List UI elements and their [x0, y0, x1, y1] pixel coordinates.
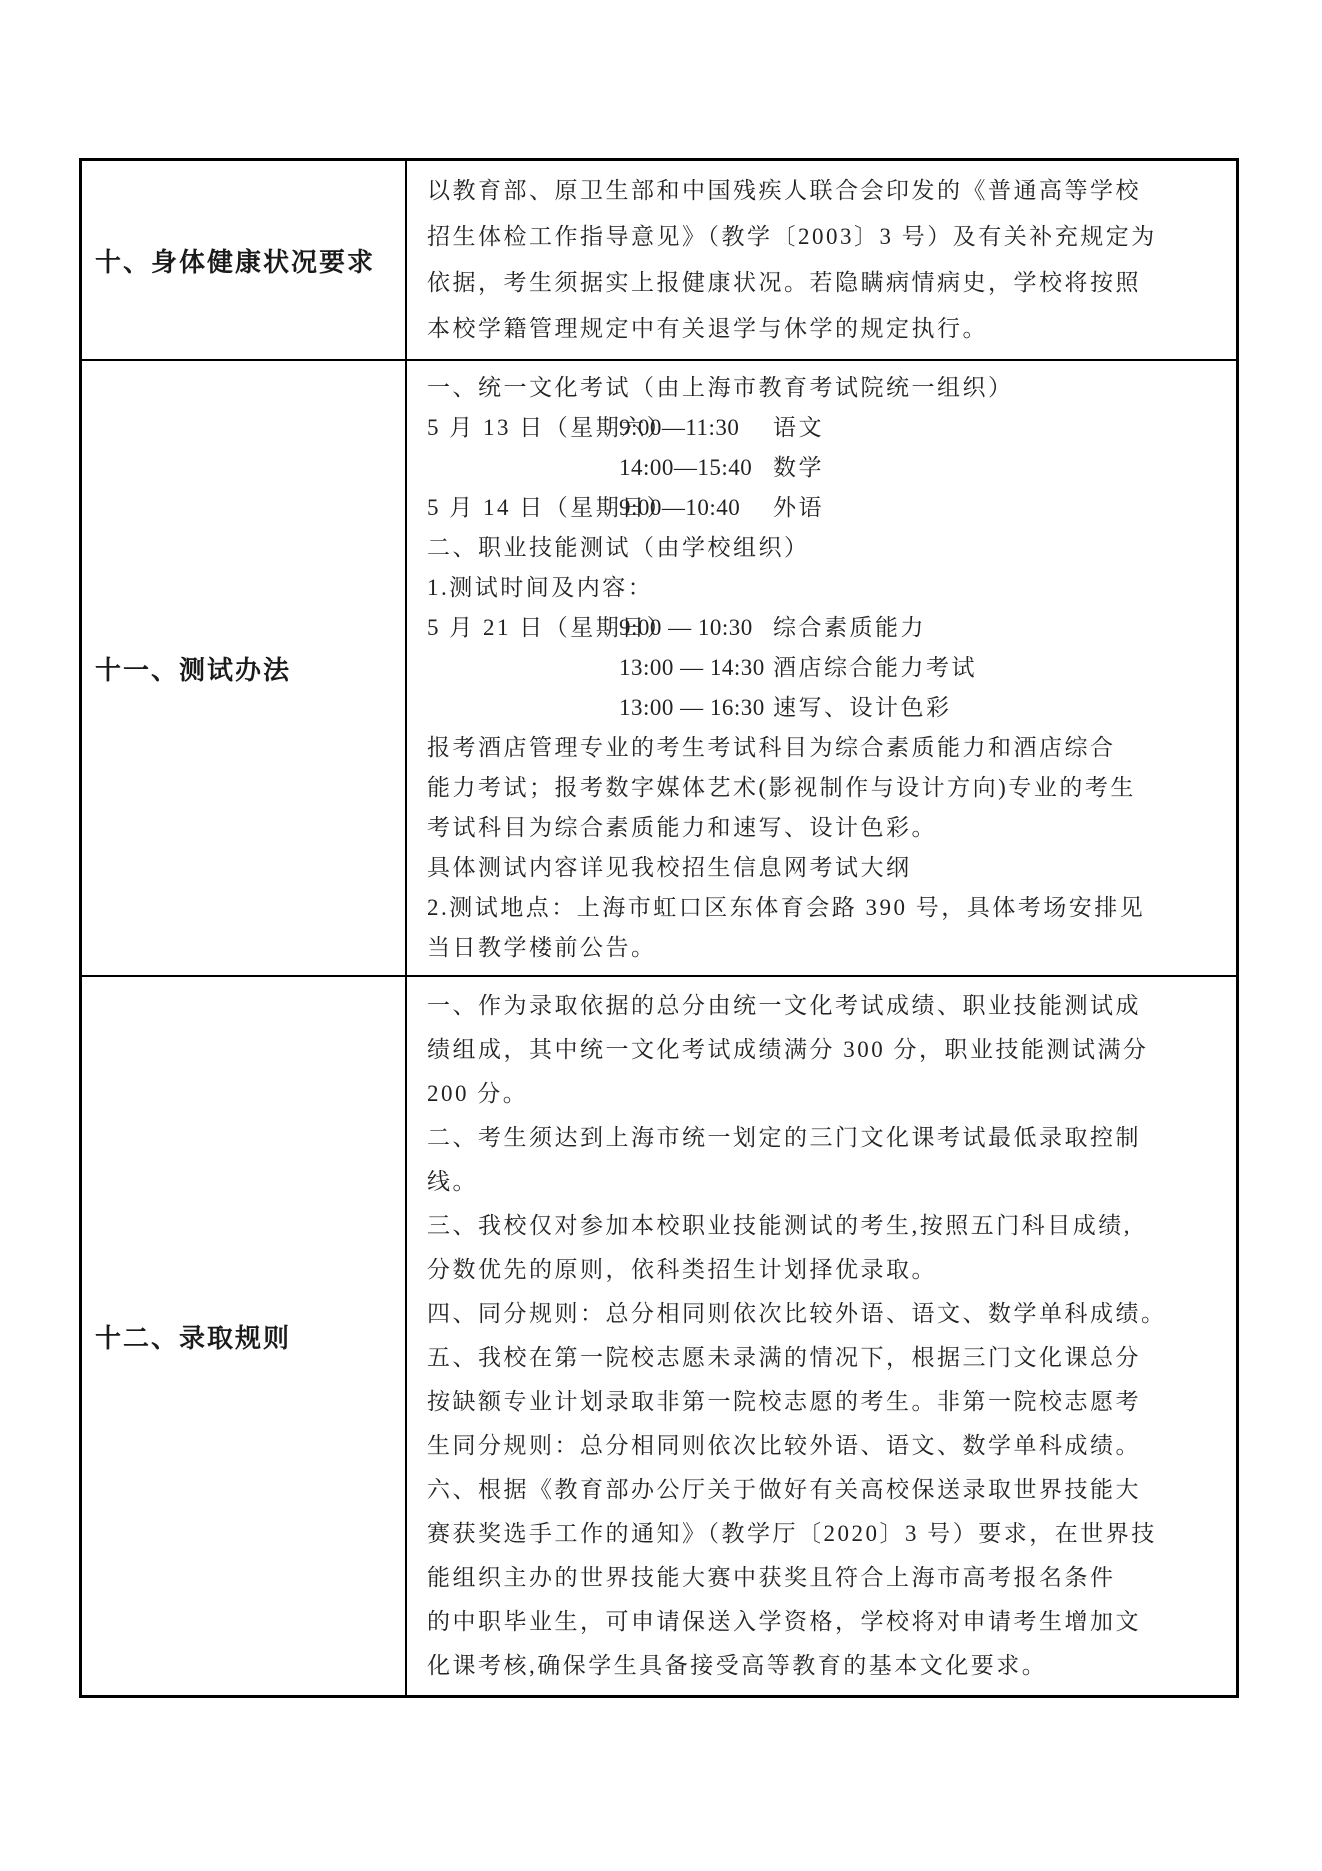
text-line: 二、考生须达到上海市统一划定的三门文化课考试最低录取控制	[427, 1116, 1224, 1160]
schedule-subject: 语文	[745, 408, 1224, 448]
text-line: 一、统一文化考试（由上海市教育考试院统一组织）	[427, 368, 1224, 408]
row-label-cell: 十一、测试办法	[82, 361, 407, 975]
schedule-line: 13:00 — 14:30 酒店综合能力考试	[427, 648, 1224, 688]
schedule-subject: 外语	[745, 488, 1224, 528]
text-line: 本校学籍管理规定中有关退学与休学的规定执行。	[427, 306, 1224, 352]
text-line: 六、根据《教育部办公厅关于做好有关高校保送录取世界技能大	[427, 1468, 1224, 1512]
text-line: 1.测试时间及内容：	[427, 568, 1224, 608]
text-line: 能力考试；报考数字媒体艺术(影视制作与设计方向)专业的考生	[427, 768, 1224, 808]
text-line: 2.测试地点：上海市虹口区东体育会路 390 号，具体考场安排见	[427, 888, 1224, 928]
row-label: 十一、测试办法	[95, 650, 291, 687]
text-line: 200 分。	[427, 1072, 1224, 1116]
row-content-cell: 一、统一文化考试（由上海市教育考试院统一组织） 5 月 13 日（星期六） 9:…	[407, 361, 1236, 975]
row-label-cell: 十二、录取规则	[82, 977, 407, 1695]
text-line: 具体测试内容详见我校招生信息网考试大纲	[427, 848, 1224, 888]
text-line: 线。	[427, 1160, 1224, 1204]
text-line: 三、我校仅对参加本校职业技能测试的考生,按照五门科目成绩,	[427, 1204, 1224, 1248]
schedule-date: 5 月 21 日（星期日）	[427, 608, 619, 648]
schedule-subject: 速写、设计色彩	[745, 688, 1224, 728]
text-line: 五、我校在第一院校志愿未录满的情况下，根据三门文化课总分	[427, 1336, 1224, 1380]
text-line: 赛获奖选手工作的通知》（教学厅〔2020〕3 号）要求，在世界技	[427, 1512, 1224, 1556]
text-line: 四、同分规则：总分相同则依次比较外语、语文、数学单科成绩。	[427, 1292, 1224, 1336]
text-line: 依据，考生须据实上报健康状况。若隐瞒病情病史，学校将按照	[427, 260, 1224, 306]
text-line: 考试科目为综合素质能力和速写、设计色彩。	[427, 808, 1224, 848]
schedule-line: 5 月 21 日（星期日） 9:00 — 10:30 综合素质能力	[427, 608, 1224, 648]
text-line: 生同分规则：总分相同则依次比较外语、语文、数学单科成绩。	[427, 1424, 1224, 1468]
schedule-subject: 综合素质能力	[745, 608, 1224, 648]
table-row: 十、身体健康状况要求 以教育部、原卫生部和中国残疾人联合会印发的《普通高等学校 …	[82, 161, 1236, 361]
admissions-table: 十、身体健康状况要求 以教育部、原卫生部和中国残疾人联合会印发的《普通高等学校 …	[79, 158, 1239, 1698]
schedule-line: 14:00—15:40 数学	[427, 448, 1224, 488]
schedule-time: 13:00 — 16:30	[619, 688, 745, 728]
text-line: 的中职毕业生，可申请保送入学资格，学校将对申请考生增加文	[427, 1600, 1224, 1644]
schedule-line: 5 月 14 日（星期日） 9:00—10:40 外语	[427, 488, 1224, 528]
schedule-time: 14:00—15:40	[619, 448, 745, 488]
table-row: 十一、测试办法 一、统一文化考试（由上海市教育考试院统一组织） 5 月 13 日…	[82, 361, 1236, 977]
text-line: 二、职业技能测试（由学校组织）	[427, 528, 1224, 568]
text-line: 招生体检工作指导意见》（教学〔2003〕3 号）及有关补充规定为	[427, 214, 1224, 260]
table-row: 十二、录取规则 一、作为录取依据的总分由统一文化考试成绩、职业技能测试成 绩组成…	[82, 977, 1236, 1695]
schedule-time: 9:00—10:40	[619, 488, 745, 528]
text-line: 以教育部、原卫生部和中国残疾人联合会印发的《普通高等学校	[427, 168, 1224, 214]
text-line: 能组织主办的世界技能大赛中获奖且符合上海市高考报名条件	[427, 1556, 1224, 1600]
text-line: 分数优先的原则，依科类招生计划择优录取。	[427, 1248, 1224, 1292]
text-line: 报考酒店管理专业的考生考试科目为综合素质能力和酒店综合	[427, 728, 1224, 768]
schedule-line: 13:00 — 16:30 速写、设计色彩	[427, 688, 1224, 728]
schedule-time: 13:00 — 14:30	[619, 648, 745, 688]
schedule-date: 5 月 13 日（星期六）	[427, 408, 619, 448]
text-line: 绩组成，其中统一文化考试成绩满分 300 分，职业技能测试满分	[427, 1028, 1224, 1072]
text-line: 化课考核,确保学生具备接受高等教育的基本文化要求。	[427, 1644, 1224, 1688]
schedule-time: 9:00—11:30	[619, 408, 745, 448]
schedule-subject: 数学	[745, 448, 1224, 488]
text-line: 一、作为录取依据的总分由统一文化考试成绩、职业技能测试成	[427, 984, 1224, 1028]
row-label: 十、身体健康状况要求	[95, 242, 375, 279]
schedule-subject: 酒店综合能力考试	[745, 648, 1224, 688]
text-line: 当日教学楼前公告。	[427, 928, 1224, 968]
schedule-date: 5 月 14 日（星期日）	[427, 488, 619, 528]
text-line: 按缺额专业计划录取非第一院校志愿的考生。非第一院校志愿考	[427, 1380, 1224, 1424]
row-label: 十二、录取规则	[95, 1318, 291, 1355]
document-page: 十、身体健康状况要求 以教育部、原卫生部和中国残疾人联合会印发的《普通高等学校 …	[0, 0, 1322, 1871]
row-content-cell: 一、作为录取依据的总分由统一文化考试成绩、职业技能测试成 绩组成，其中统一文化考…	[407, 977, 1236, 1695]
row-content-cell: 以教育部、原卫生部和中国残疾人联合会印发的《普通高等学校 招生体检工作指导意见》…	[407, 161, 1236, 359]
schedule-time: 9:00 — 10:30	[619, 608, 745, 648]
row-label-cell: 十、身体健康状况要求	[82, 161, 407, 359]
schedule-line: 5 月 13 日（星期六） 9:00—11:30 语文	[427, 408, 1224, 448]
